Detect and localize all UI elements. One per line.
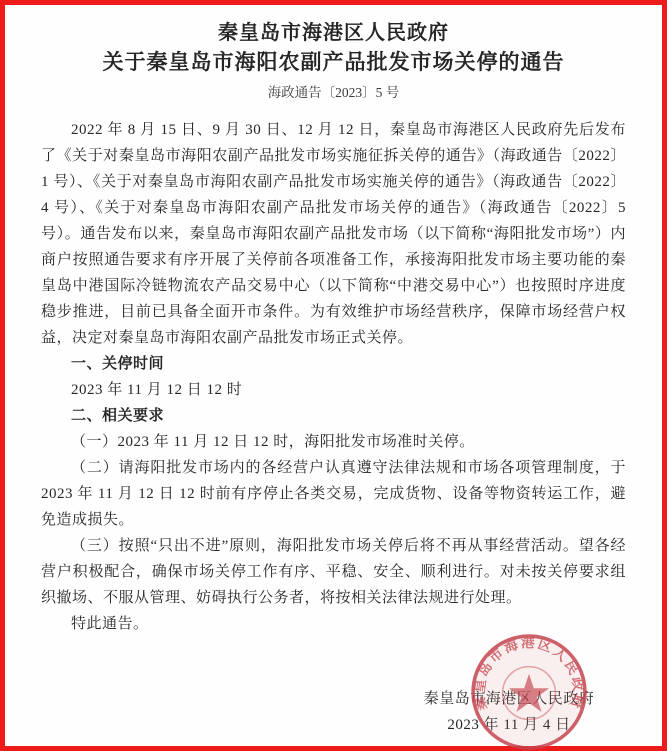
- document-body: 2022 年 8 月 15 日、9 月 30 日、12 月 12 日，秦皇岛市海…: [41, 117, 626, 637]
- document-number: 海政通告〔2023〕5 号: [41, 83, 626, 103]
- requirement-item-2: （二）请海阳批发市场内的各经营户认真遵守法律法规和市场各项管理制度，于 2023…: [41, 455, 626, 533]
- section-heading-requirements: 二、相关要求: [41, 403, 626, 429]
- section-heading-closure-time: 一、关停时间: [41, 351, 626, 377]
- issuer-title: 秦皇岛市海港区人民政府: [41, 19, 626, 47]
- notice-document: 秦皇岛市海港区人民政府 关于秦皇岛市海阳农副产品批发市场关停的通告 海政通告〔2…: [5, 5, 662, 746]
- paragraph-intro: 2022 年 8 月 15 日、9 月 30 日、12 月 12 日，秦皇岛市海…: [41, 117, 626, 351]
- closure-time-value: 2023 年 11 月 12 日 12 时: [41, 377, 626, 403]
- document-page: 秦皇岛市海港区人民政府 关于秦皇岛市海阳农副产品批发市场关停的通告 海政通告〔2…: [0, 0, 667, 751]
- signature-date: 2023 年 11 月 4 日: [394, 712, 624, 738]
- requirement-item-3: （三）按照“只出不进”原则，海阳批发市场关停后将不再从事经营活动。望各经营户积极…: [41, 533, 626, 611]
- signature-issuer: 秦皇岛市海港区人民政府: [394, 686, 624, 712]
- closing-line: 特此通告。: [41, 611, 626, 637]
- requirement-item-1: （一）2023 年 11 月 12 日 12 时，海阳批发市场准时关停。: [41, 429, 626, 455]
- notice-title: 关于秦皇岛市海阳农副产品批发市场关停的通告: [41, 47, 626, 77]
- signature-block: 秦皇岛市海港区人民政府 2023 年 11 月 4 日: [394, 686, 624, 738]
